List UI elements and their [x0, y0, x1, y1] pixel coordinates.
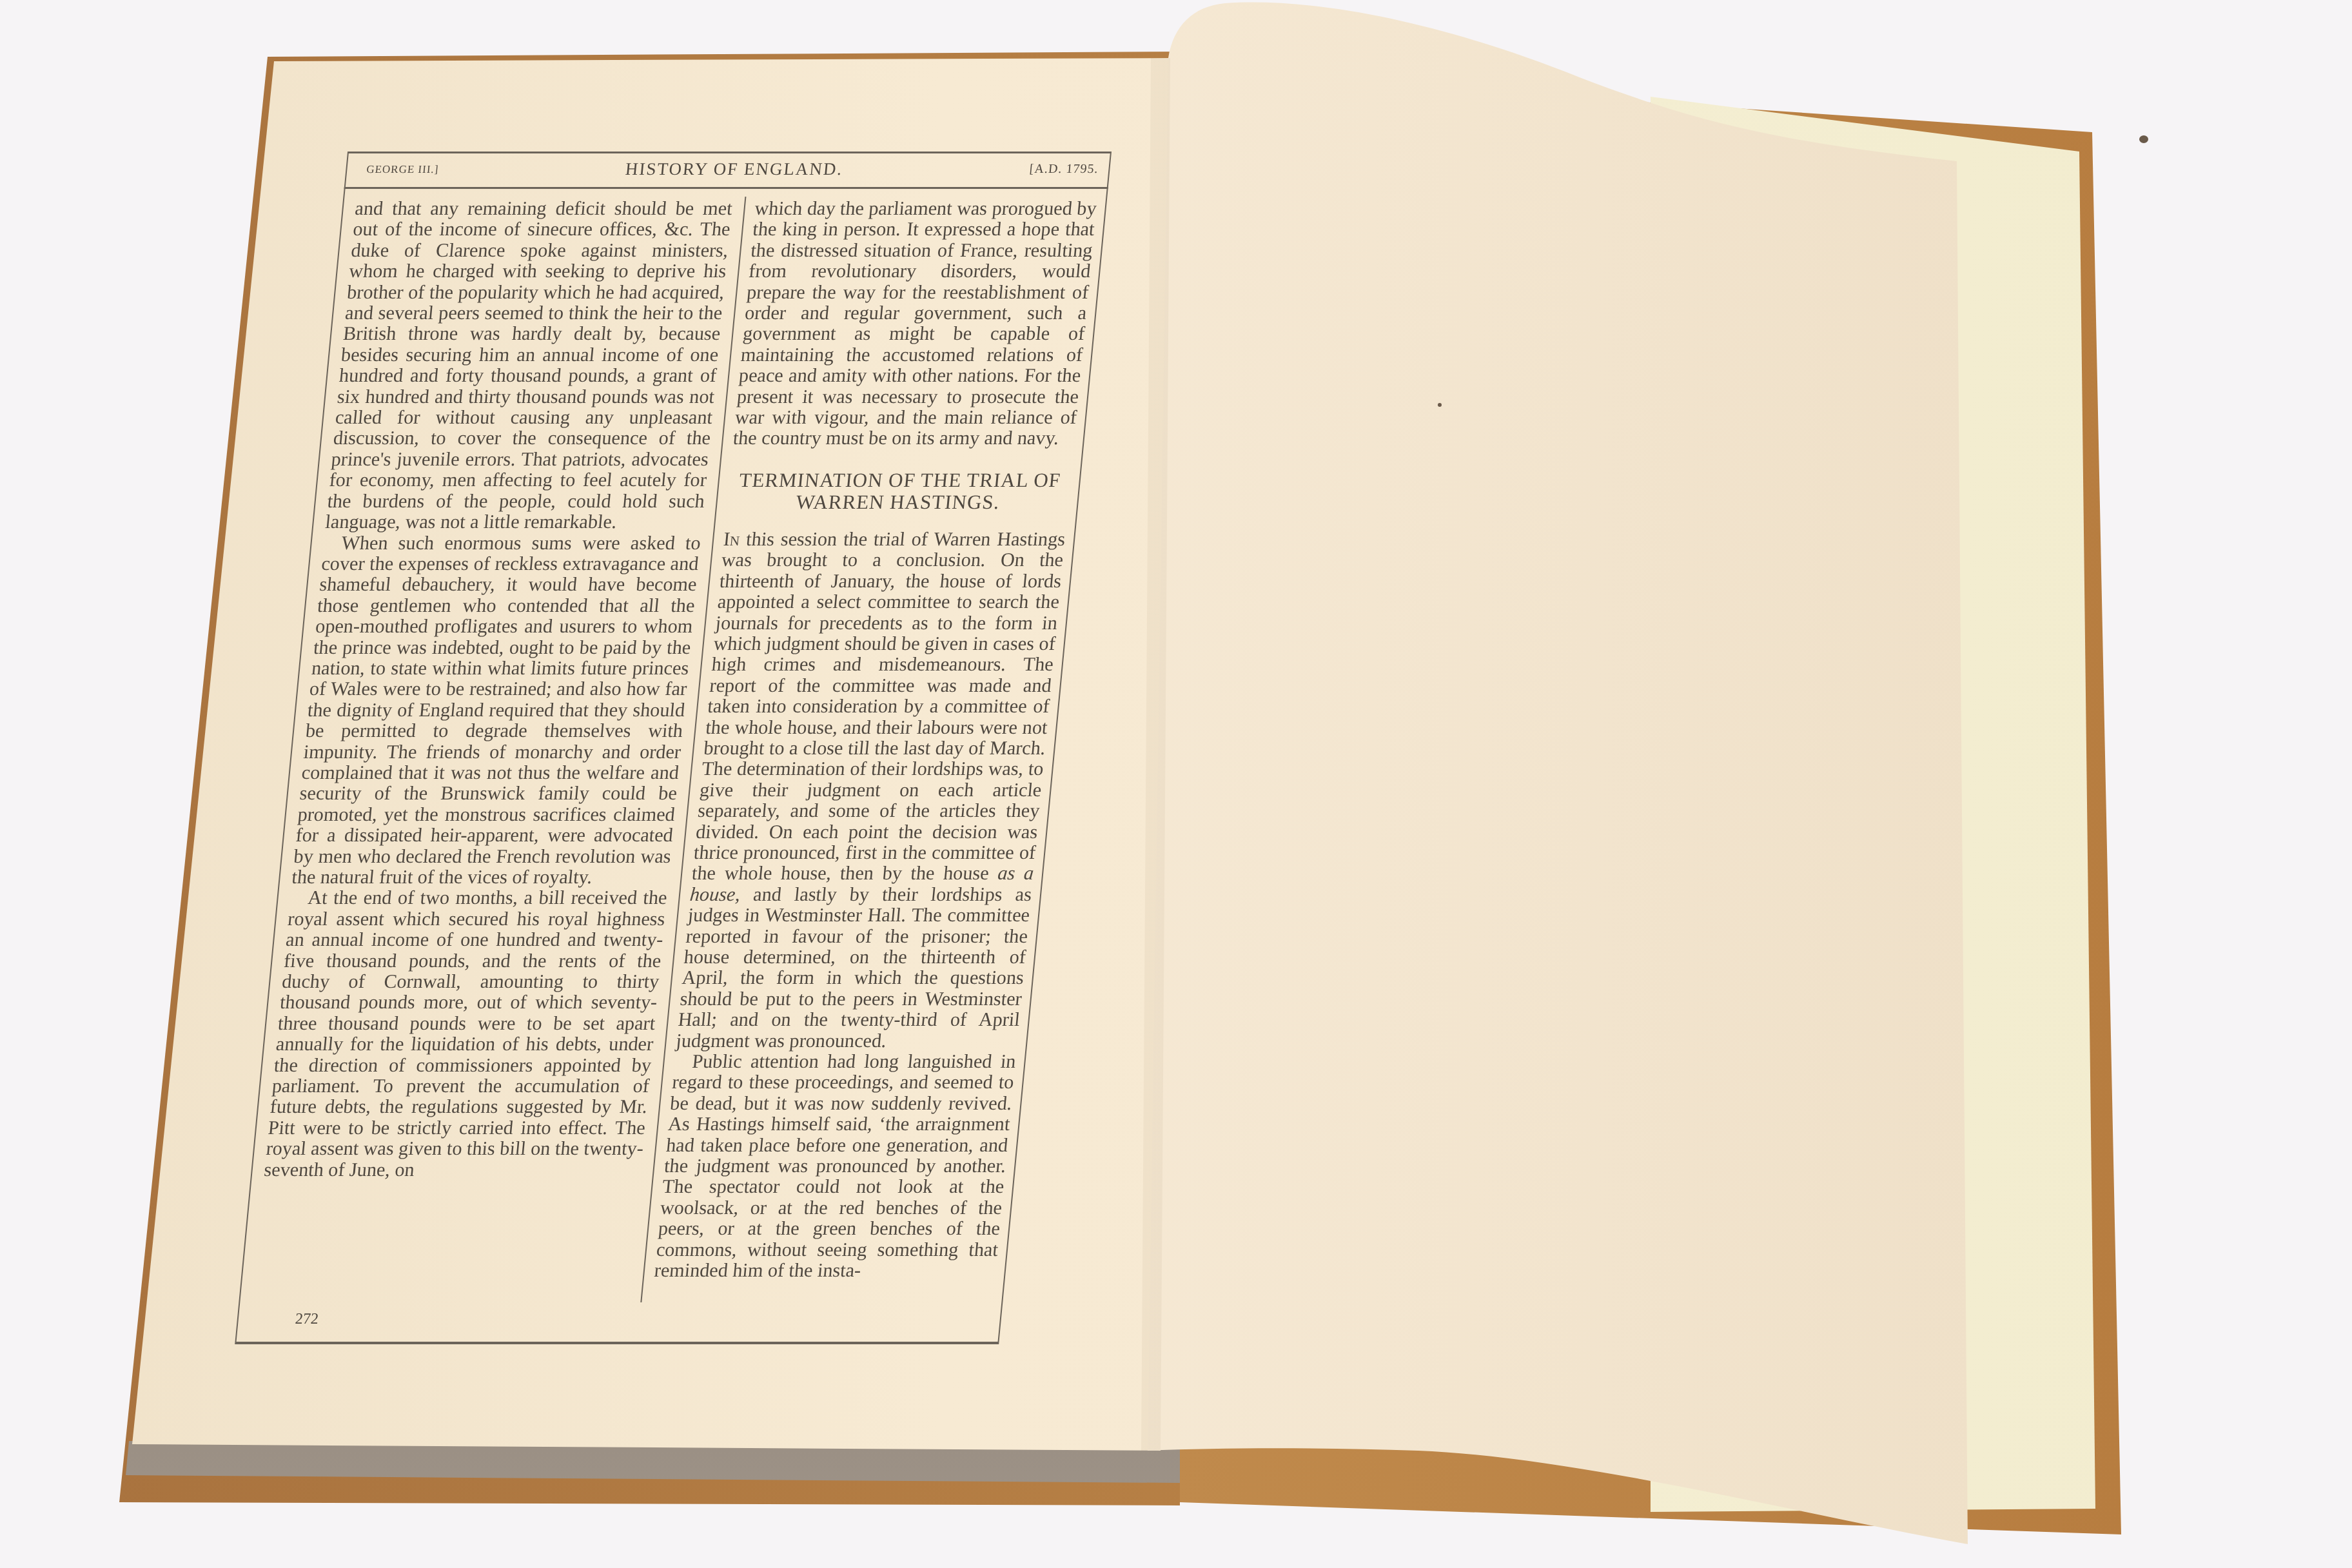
- paragraph: which day the parliament was prorogued b…: [732, 198, 1097, 449]
- section-heading-line: TERMINATION OF THE TRIAL OF: [728, 469, 1072, 491]
- paragraph: Public attention had long languished in …: [653, 1051, 1017, 1280]
- paragraph: and that any remaining deficit should be…: [324, 198, 733, 533]
- printed-page-frame: GEORGE III.] HISTORY OF ENGLAND. [A.D. 1…: [196, 145, 1102, 1344]
- running-head-title: HISTORY OF ENGLAND.: [625, 159, 844, 179]
- running-head-left: GEORGE III.]: [366, 163, 440, 176]
- running-head: GEORGE III.] HISTORY OF ENGLAND. [A.D. 1…: [344, 152, 1112, 189]
- section-heading: TERMINATION OF THE TRIAL OF WARREN HASTI…: [726, 469, 1072, 513]
- paragraph-text: , and lastly by their lordships as judge…: [675, 883, 1033, 1052]
- paragraph-text: this session the trial of Warren Has­tin…: [691, 528, 1066, 885]
- paragraph: When such enormous sums were asked to co…: [291, 533, 701, 888]
- paragraph: In this session the trial of Warren Has­…: [675, 529, 1066, 1051]
- dust-speck: [1438, 403, 1442, 407]
- paragraph: At the end of two months, a bill re­ceiv…: [263, 887, 668, 1180]
- dust-speck: [2139, 135, 2148, 143]
- running-head-date: [A.D. 1795.: [1029, 162, 1099, 177]
- lead-word: In: [723, 528, 741, 550]
- section-heading-line: WARREN HASTINGS.: [726, 491, 1070, 513]
- page-number: 272: [295, 1311, 320, 1328]
